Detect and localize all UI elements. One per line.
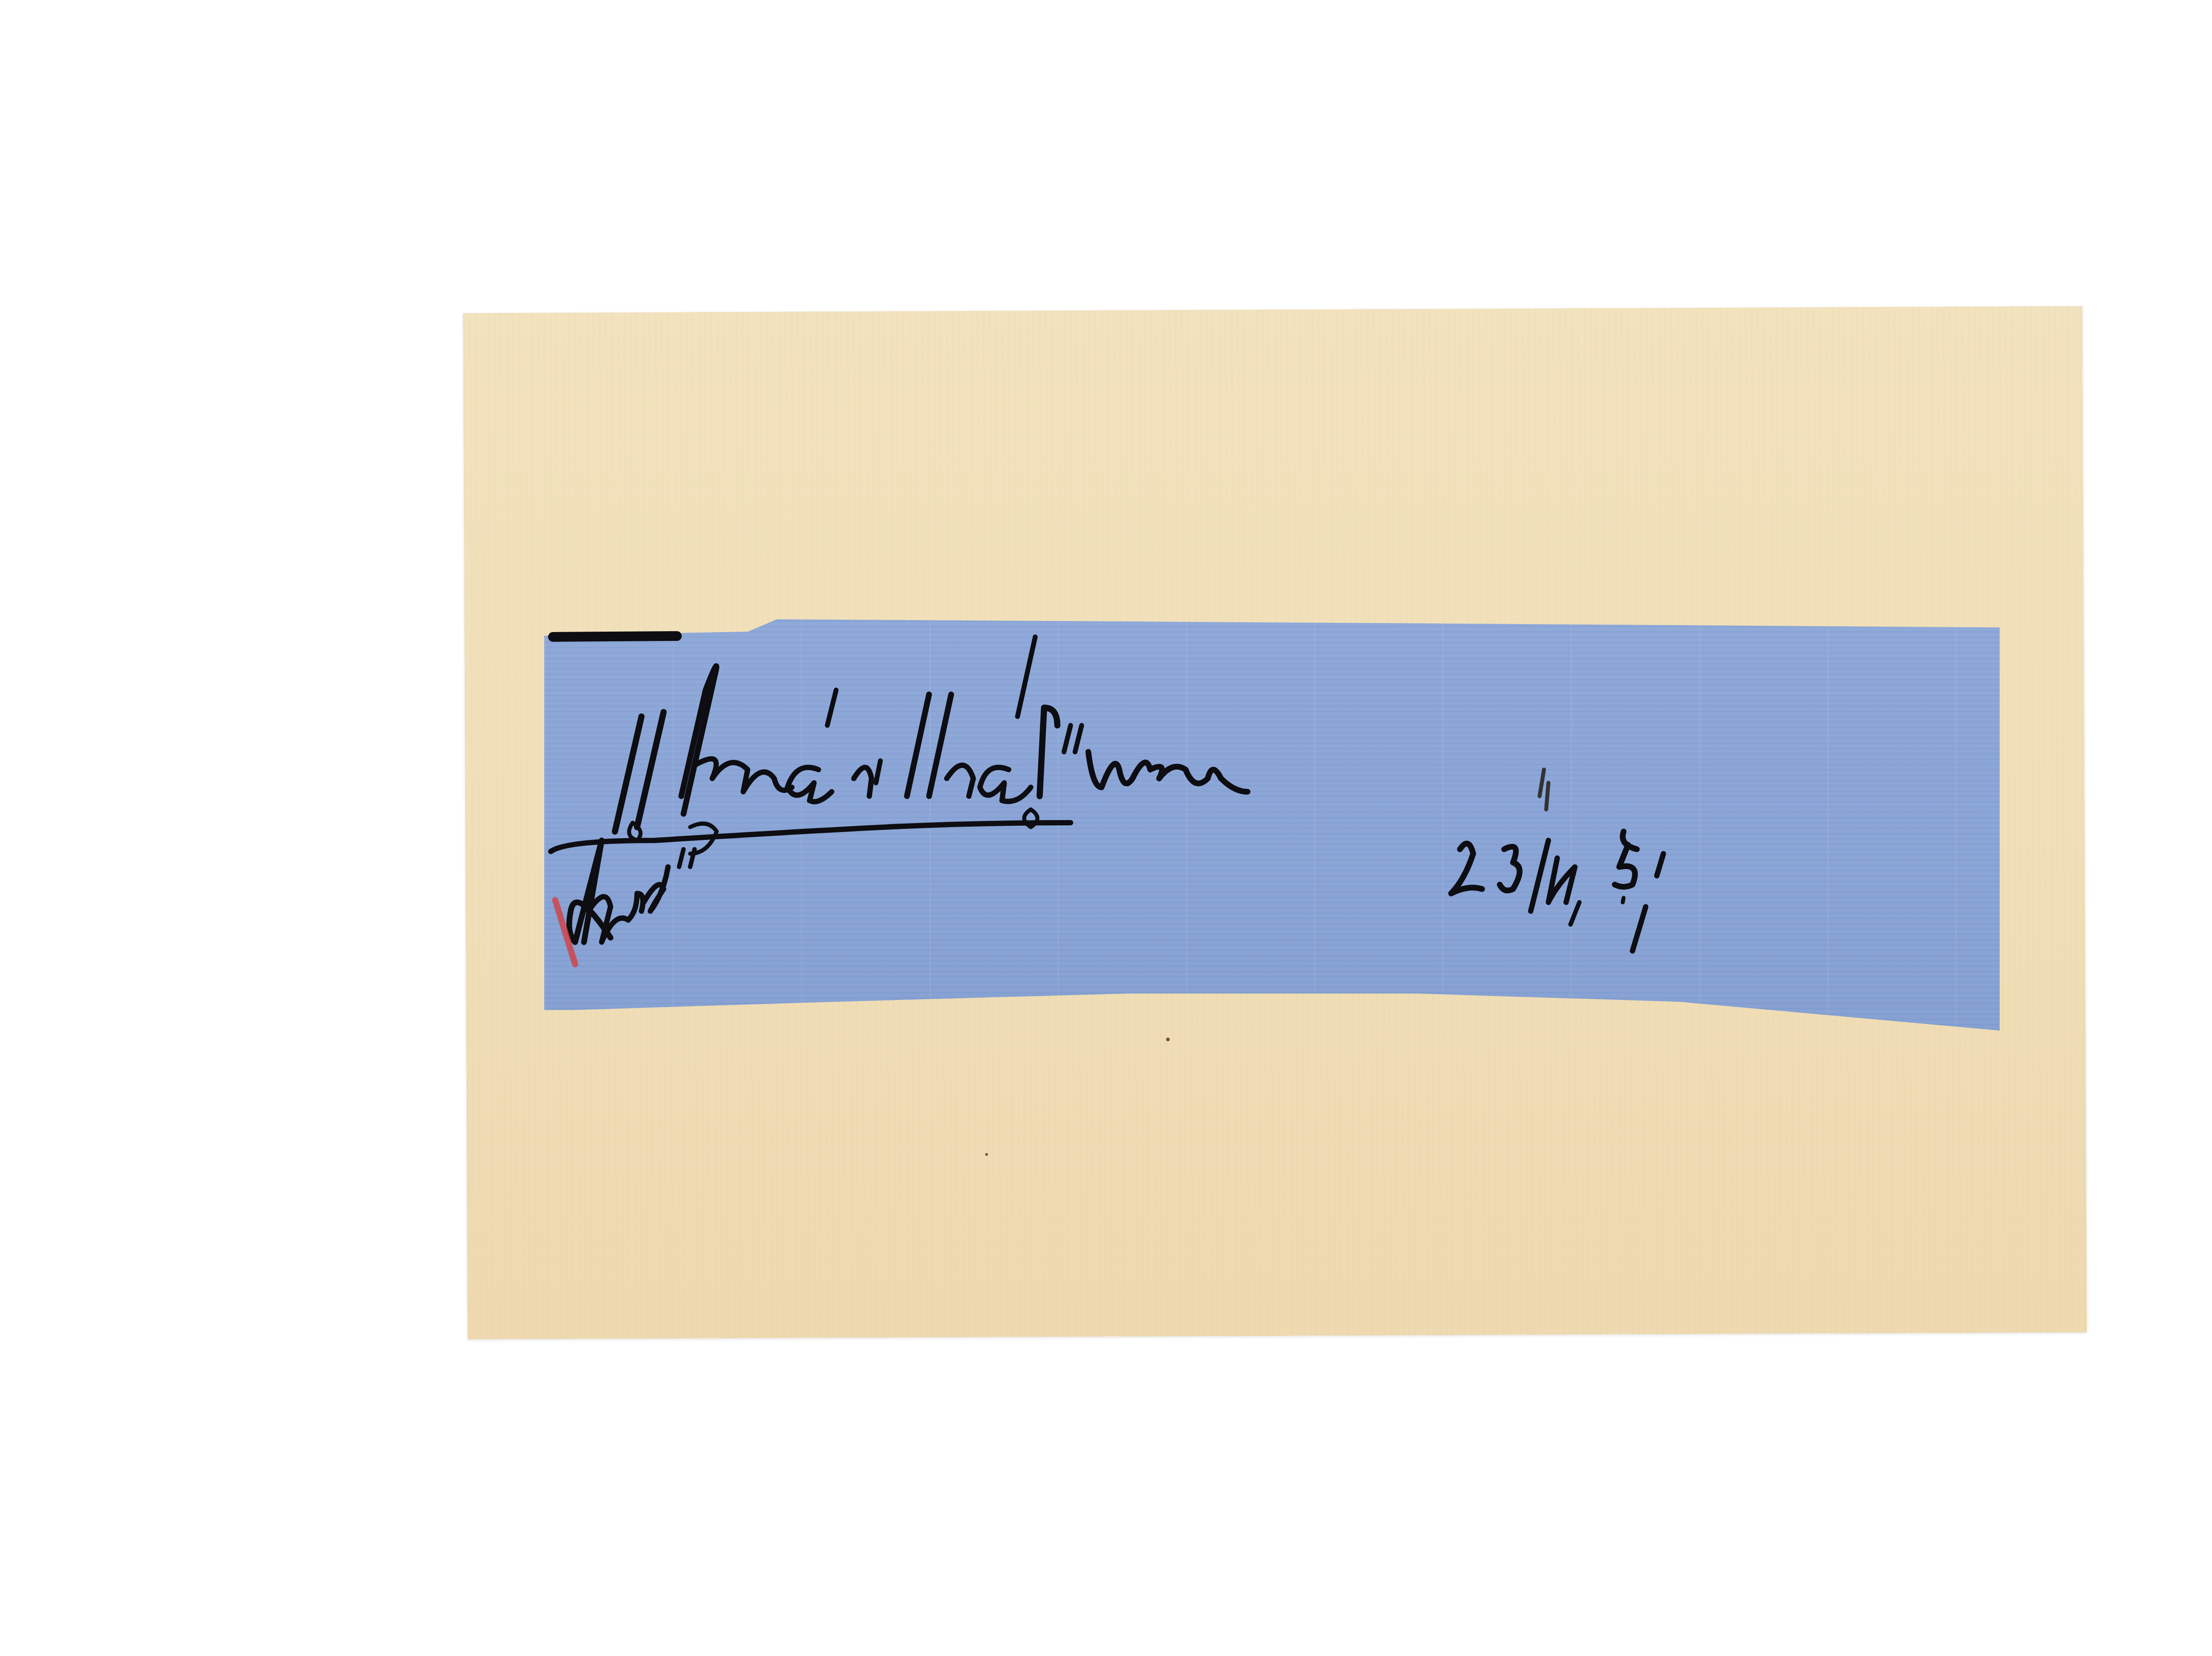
handwriting-ink [0,0,2212,1656]
paper-speck [985,1153,988,1156]
ink-line-3 [1451,770,1663,951]
ink-line-1 [615,637,1248,832]
ink-line-2 [569,840,695,942]
paper-speck [1166,1038,1170,1041]
ink-underline [551,809,1071,854]
ink-dash-mark [553,636,677,637]
transcription-line-1: ll Rna'n' llna' 5" were [0,0,0,0]
